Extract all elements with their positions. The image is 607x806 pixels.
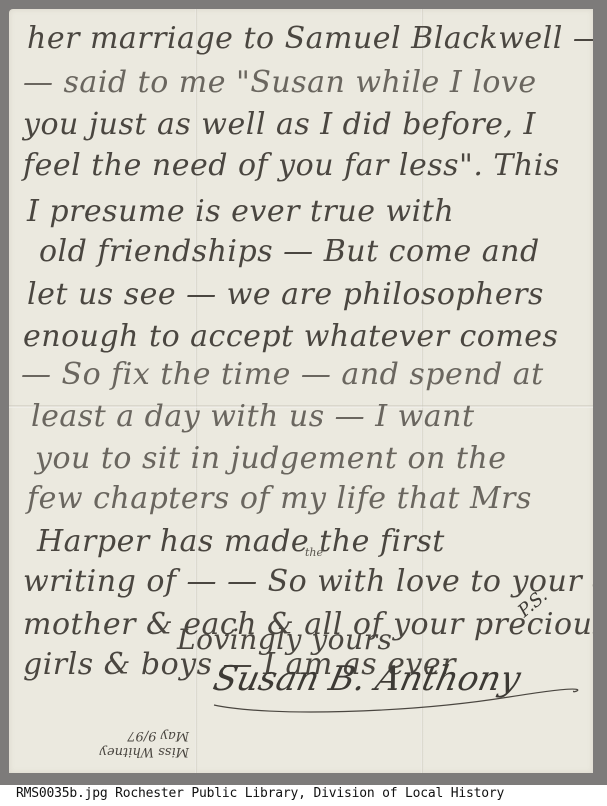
letter-line-4: feel the need of you far less". This bbox=[23, 148, 560, 183]
letter-line-14: writing of — — So with love to your dear bbox=[23, 564, 593, 599]
letter-line-12: few chapters of my life that Mrs bbox=[27, 481, 532, 516]
letter-line-7: let us see — we are philosophers bbox=[27, 277, 544, 312]
letter-line-11: you to sit in judgement on the bbox=[35, 441, 507, 476]
docket-line-2: May 9/97 bbox=[39, 727, 189, 743]
insertion-the: the bbox=[305, 546, 323, 559]
scan-frame: her marriage to Samuel Blackwell — — sai… bbox=[0, 0, 607, 785]
letter-page: her marriage to Samuel Blackwell — — sai… bbox=[9, 9, 593, 773]
image-caption: RMS0035b.jpg Rochester Public Library, D… bbox=[16, 786, 504, 801]
signature-flourish bbox=[209, 687, 579, 717]
letter-line-5: I presume is ever true with bbox=[27, 194, 454, 229]
docket-line-1: Miss Whitney bbox=[39, 743, 189, 759]
letter-line-6: old friendships — But come and bbox=[39, 234, 540, 269]
closing-line: Lovingly yours bbox=[177, 623, 392, 656]
letter-line-13: Harper has made the first bbox=[37, 524, 445, 559]
letter-line-8: enough to accept whatever comes bbox=[23, 319, 558, 354]
letter-line-3: you just as well as I did before, I bbox=[23, 107, 536, 142]
docket-annotation: Miss Whitney May 9/97 bbox=[39, 727, 189, 759]
letter-line-9: — So fix the time — and spend at bbox=[21, 357, 544, 392]
letter-line-10: least a day with us — I want bbox=[31, 399, 475, 434]
letter-line-2: — said to me "Susan while I love bbox=[23, 65, 537, 100]
letter-line-1: her marriage to Samuel Blackwell — bbox=[27, 21, 593, 56]
